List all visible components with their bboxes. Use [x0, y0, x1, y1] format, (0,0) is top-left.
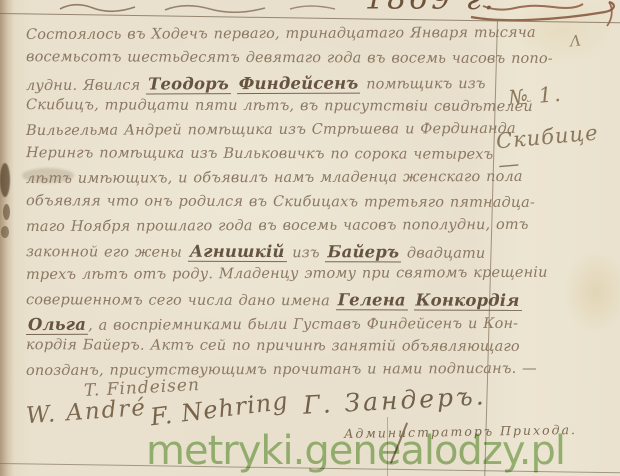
record-line: Состоялось въ Ходечъ перваго, тринадцата…: [26, 25, 500, 51]
place-name-margin: Скибице—: [495, 119, 620, 178]
record-line-segment: Скибицъ, тридцати пяти лѣтъ, въ присутст…: [26, 97, 533, 115]
ink-blot: [3, 204, 10, 220]
record-line: Скибицъ, тридцати пяти лѣтъ, въ присутст…: [26, 97, 500, 123]
record-line: Ольга, а воспріемниками были Густавъ Фин…: [26, 313, 500, 339]
record-line: восемьсотъ шестьдесятъ девятаго года въ …: [26, 49, 500, 75]
record-text: Состоялось въ Ходечъ перваго, тринадцата…: [26, 26, 500, 386]
record-line-segment: лѣтъ имѣющихъ, и объявилъ намъ младенца …: [26, 169, 523, 187]
record-line: совершенномъ сего числа дано имена Гелен…: [26, 289, 500, 315]
record-line: трехъ лѣтъ отъ роду. Младенцу этому при …: [26, 265, 500, 291]
act-number: № 1.: [507, 82, 563, 111]
record-line-segment: опозданъ, присутствующимъ прочитанъ и на…: [26, 361, 537, 379]
record-line-segment: изъ: [287, 245, 326, 261]
record-line-segment: Вильгельма Андрей помѣщика изъ Стрѣшева …: [26, 121, 516, 139]
margin-check-mark: Λ: [569, 31, 582, 50]
scanned-register-page: 1869 г. Состоялось въ Ходечъ перваго, тр…: [0, 0, 620, 476]
record-line-segment: [408, 294, 414, 310]
record-line: лудни. Явился Теодоръ Финдейсенъ помѣщик…: [26, 73, 500, 99]
page-binding-edge: [0, 0, 14, 476]
record-line: Нерингъ помѣщика изъ Вильковичкъ по соро…: [26, 145, 500, 171]
record-line-segment: лудни. Явился: [26, 78, 146, 95]
underlined-name: Агнишкій: [188, 242, 287, 262]
record-line-segment: объявляя что онъ родился въ Скибицахъ тр…: [26, 193, 535, 211]
record-line-segment: восемьсотъ шестьдесятъ девятаго года въ …: [26, 49, 553, 67]
record-line: Вильгельма Андрей помѣщика изъ Стрѣшева …: [26, 121, 500, 147]
underlined-name: Гелена: [336, 290, 408, 310]
header-signature-flourish: [463, 0, 620, 28]
record-line-segment: помѣщикъ изъ: [360, 76, 485, 93]
underlined-name: Ольга: [26, 315, 88, 335]
signature-zander: Г. Зандеръ.: [302, 381, 487, 420]
record-line-segment: совершенномъ сего числа дано имена: [26, 292, 336, 309]
underlined-name: Теодоръ: [146, 74, 231, 94]
underlined-name: Финдейсенъ: [237, 74, 361, 95]
record-line: лѣтъ имѣющихъ, и объявилъ намъ младенца …: [26, 169, 500, 195]
record-line: кордія Байеръ. Актъ сей по причинѣ занят…: [26, 337, 500, 363]
signature-andre: W. André: [25, 395, 148, 429]
record-line-segment: [231, 77, 237, 93]
watermark-text: metryki.genealodzy.pl: [146, 428, 565, 474]
record-line-segment: Состоялось въ Ходечъ перваго, тринадцата…: [26, 25, 536, 43]
record-line: объявляя что онъ родился въ Скибицахъ тр…: [26, 193, 500, 219]
header-stroke-remnants: [55, 0, 355, 13]
record-line-segment: кордія Байеръ. Актъ сей по причинѣ занят…: [26, 337, 520, 355]
record-line-segment: Нерингъ помѣщика изъ Вильковичкъ по соро…: [26, 145, 493, 163]
record-line-segment: трехъ лѣтъ отъ роду. Младенцу этому при …: [26, 265, 548, 283]
record-line-segment: , а воспріемниками были Густавъ Финдейсе…: [88, 316, 518, 334]
record-line-segment: таго Ноября прошлаго года въ восемь часо…: [26, 217, 529, 235]
ink-blot: [0, 163, 10, 197]
record-line: законной его жены Агнишкій изъ Байеръ дв…: [26, 241, 500, 267]
record-line-segment: двадцати: [401, 245, 485, 261]
underlined-name: Конкордія: [413, 291, 521, 311]
record-line: таго Ноября прошлаго года въ восемь часо…: [26, 217, 500, 243]
record-line-segment: законной его жены: [26, 244, 188, 261]
ink-blot: [1, 226, 9, 238]
underlined-name: Байеръ: [325, 242, 401, 262]
